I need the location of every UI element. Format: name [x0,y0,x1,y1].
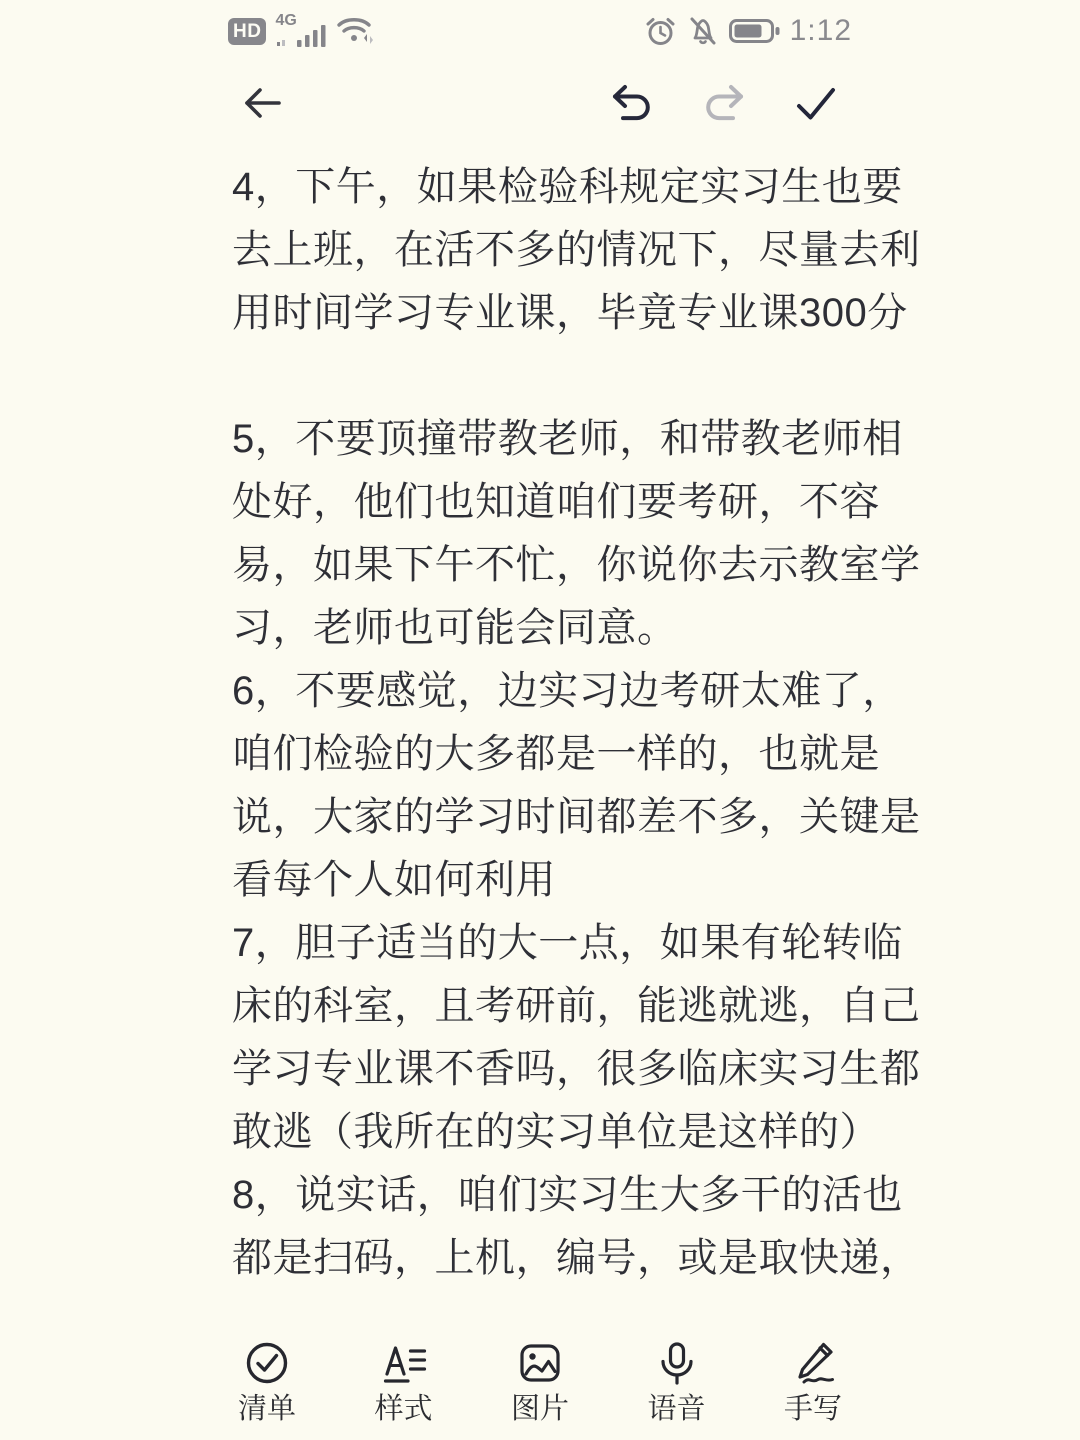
bottom-toolbar: 清单 样式 图片 [228,1340,852,1424]
note-line: 4，下午，如果检验科规定实习生也要 [232,156,852,219]
undo-icon[interactable] [608,79,656,127]
note-editor-body[interactable]: 4，下午，如果检验科规定实习生也要 去上班，在活不多的情况下，尽量去利 用时间学… [228,156,852,1290]
network-type-label: 4G [275,13,296,29]
status-bar: HD 4G [228,12,852,50]
tool-item-image[interactable]: 图片 [501,1340,579,1424]
confirm-check-icon[interactable] [792,79,840,127]
alarm-clock-icon [644,15,677,48]
status-left-cluster: HD 4G [228,13,376,49]
note-line: 易，如果下午不忙，你说你去示教室学 [232,534,852,597]
note-line: 用时间学习专业课，毕竟专业课300分 [232,282,852,345]
hd-badge: HD [228,18,266,45]
tool-label: 语音 [647,1395,705,1424]
tool-item-voice[interactable]: 语音 [638,1340,716,1424]
wifi-icon [336,14,376,48]
tool-item-checklist[interactable]: 清单 [228,1340,306,1424]
note-line: 都是扫码，上机，编号，或是取快递， [232,1227,852,1290]
note-line: 敢逃（我所在的实习单位是这样的） [232,1101,852,1164]
note-line: 8，说实话，咱们实习生大多干的活也 [232,1164,852,1227]
tool-item-style[interactable]: 样式 [365,1340,443,1424]
status-right-cluster: 1:12 [644,14,852,48]
tool-label: 样式 [374,1395,432,1424]
microphone-icon [654,1340,700,1386]
note-line: 看每个人如何利用 [232,849,852,912]
note-line-blank [232,345,852,408]
redo-icon[interactable] [700,79,748,127]
note-line: 说，大家的学习时间都差不多，关键是 [232,786,852,849]
screen-column: HD 4G [228,0,852,1290]
note-line: 床的科室，且考研前，能逃就逃，自己 [232,975,852,1038]
back-arrow-icon[interactable] [238,79,286,127]
tool-label: 清单 [238,1395,296,1424]
signal-bars-icon: 4G [275,13,327,49]
checklist-icon [244,1340,290,1386]
note-line: 去上班，在活不多的情况下，尽量去利 [232,219,852,282]
note-line: 学习专业课不香吗，很多临床实习生都 [232,1038,852,1101]
note-line: 5，不要顶撞带教老师，和带教老师相 [232,408,852,471]
edit-toolbar [228,74,852,132]
text-style-icon [381,1340,427,1386]
note-line: 习，老师也可能会同意。 [232,597,852,660]
handwriting-icon [790,1340,836,1386]
tool-item-handwriting[interactable]: 手写 [774,1340,852,1424]
mute-bell-icon [686,15,720,48]
image-icon [517,1340,563,1386]
note-line: 6，不要感觉，边实习边考研太难了， [232,660,852,723]
tool-label: 图片 [511,1395,569,1424]
clock-time: 1:12 [790,14,852,48]
edit-toolbar-actions [608,79,840,127]
note-line: 咱们检验的大多都是一样的，也就是 [232,723,852,786]
note-line: 7，胆子适当的大一点，如果有轮转临 [232,912,852,975]
note-line: 处好，他们也知道咱们要考研，不容 [232,471,852,534]
tool-label: 手写 [784,1395,842,1424]
battery-icon [729,17,781,45]
